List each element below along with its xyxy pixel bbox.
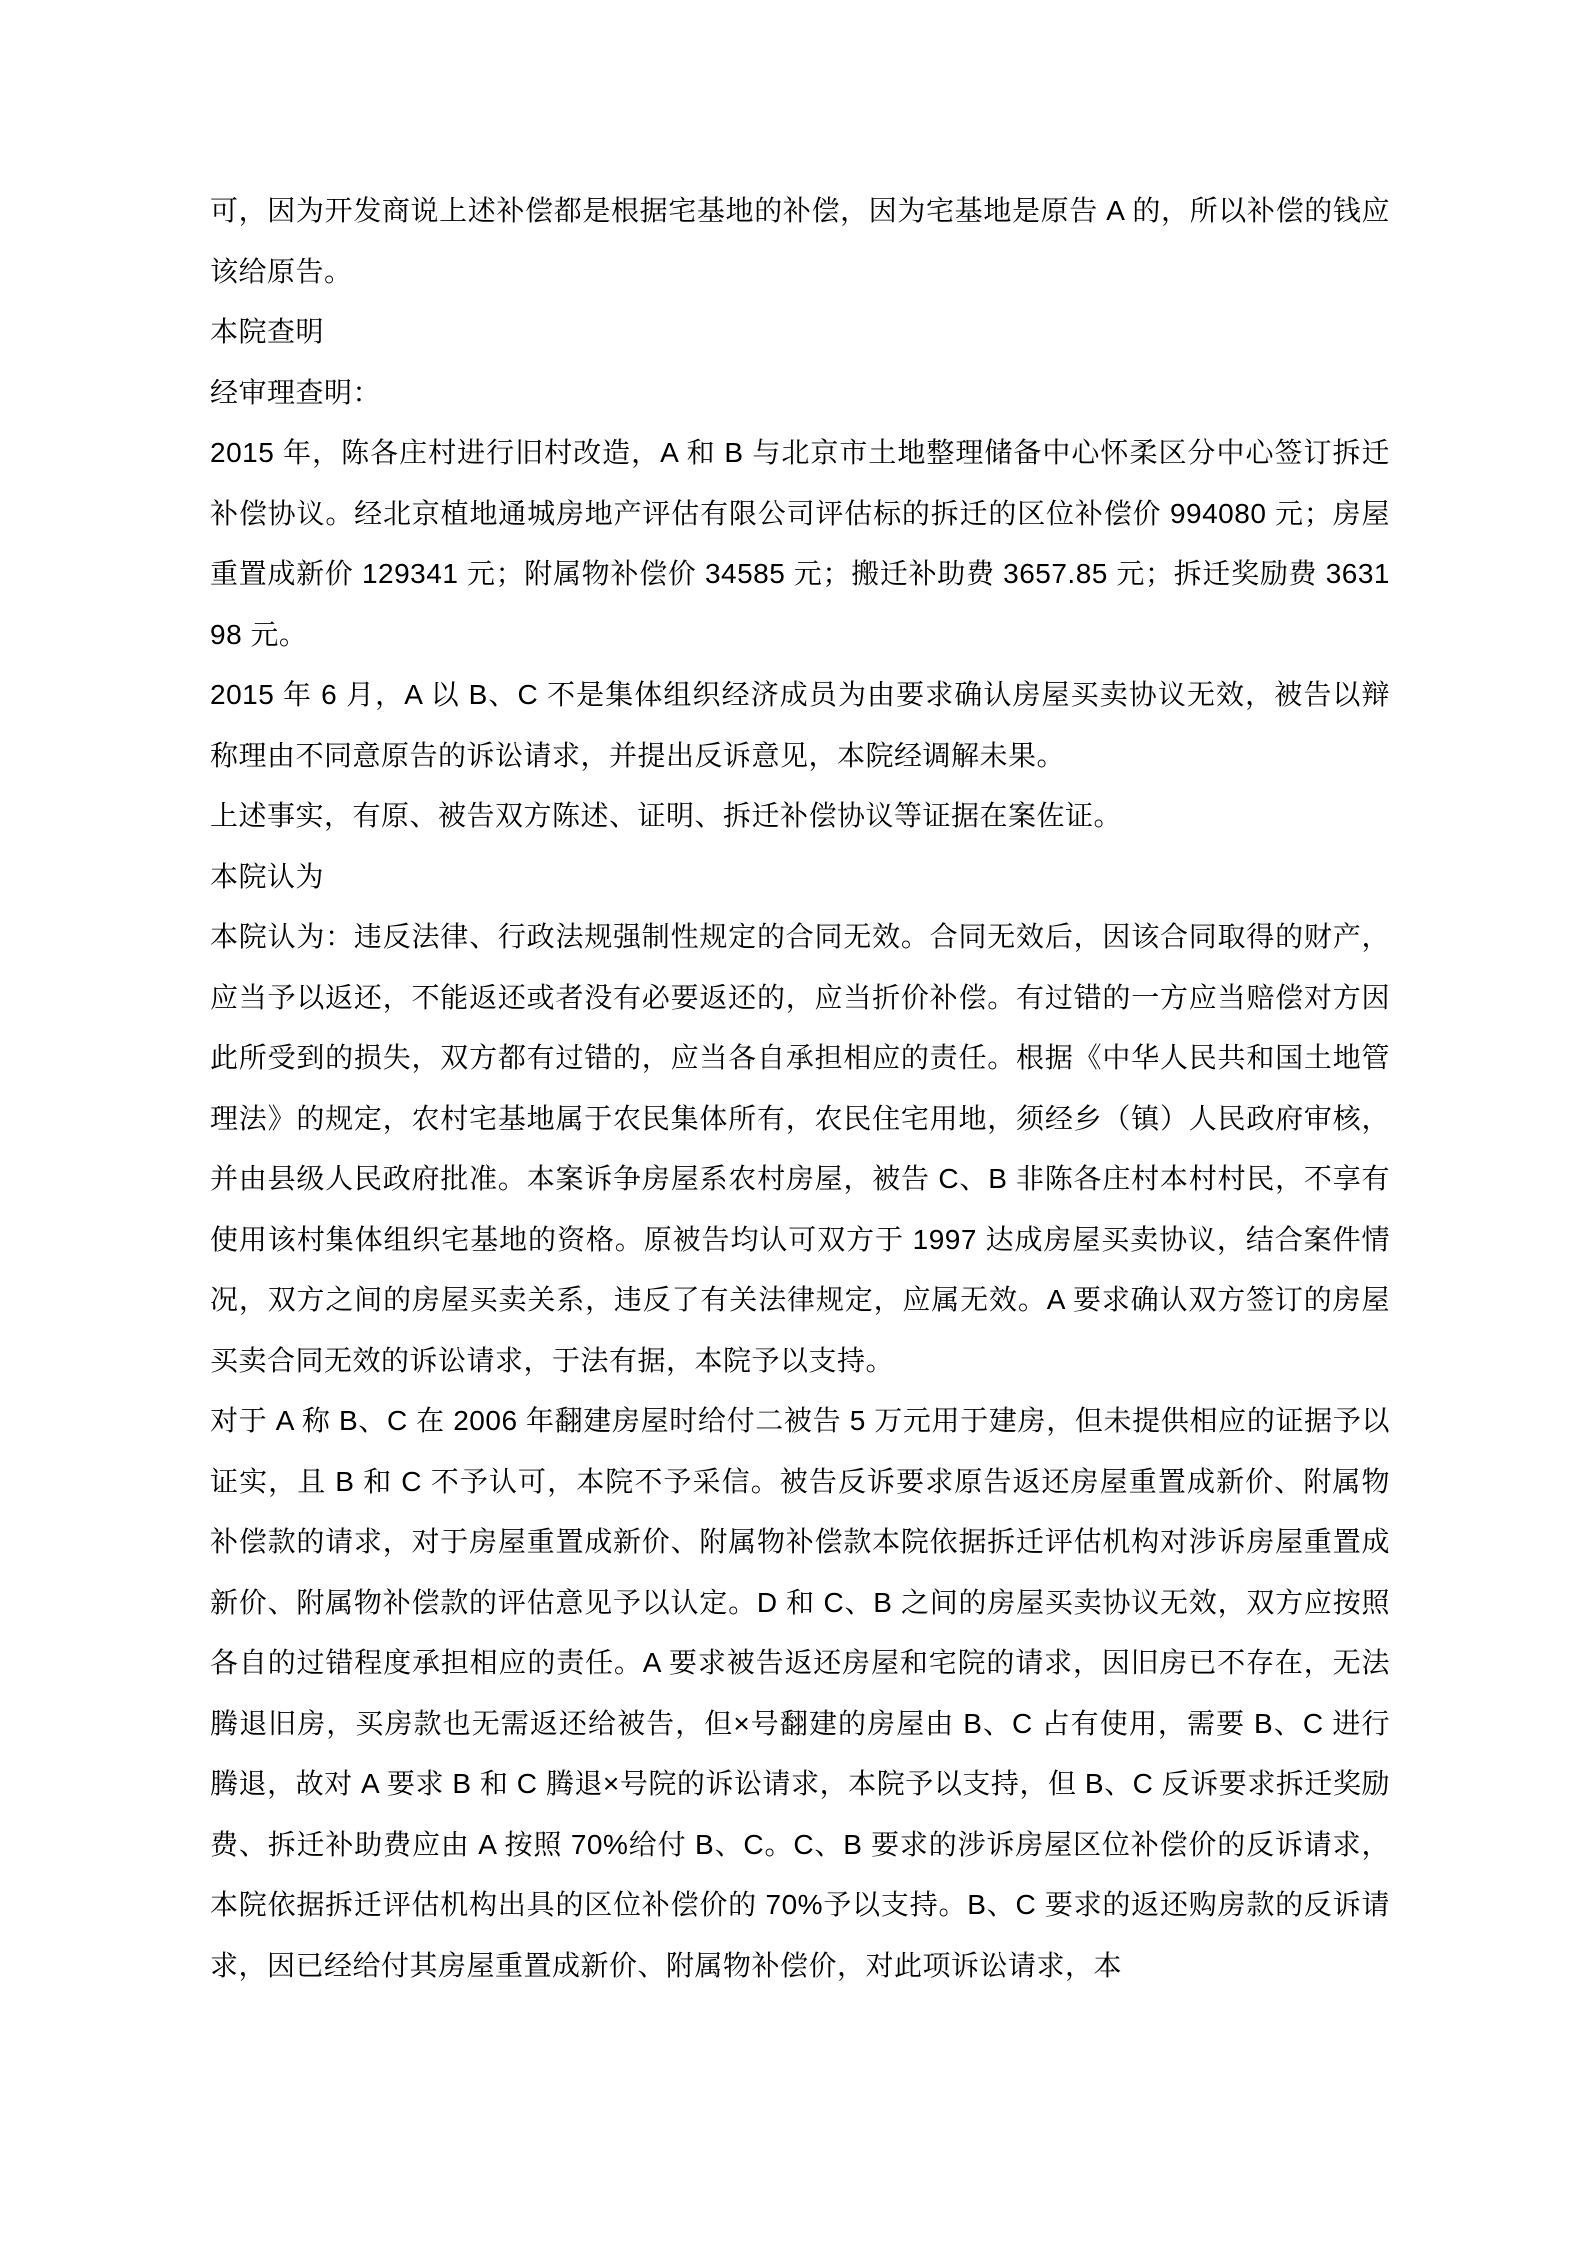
paragraph: 对于 A 称 B、C 在 2006 年翻建房屋时给付二被告 5 万元用于建房，但… <box>210 1391 1390 1996</box>
paragraph: 2015 年 6 月，A 以 B、C 不是集体组织经济成员为由要求确认房屋买卖协… <box>210 665 1390 786</box>
paragraph: 可，因为开发商说上述补偿都是根据宅基地的补偿，因为宅基地是原告 A 的，所以补偿… <box>210 181 1390 302</box>
paragraph: 经审理查明： <box>210 363 1390 424</box>
paragraph: 2015 年，陈各庄村进行旧村改造，A 和 B 与北京市土地整理储备中心怀柔区分… <box>210 423 1390 665</box>
paragraph: 上述事实，有原、被告双方陈述、证明、拆迁补偿协议等证据在案佐证。 <box>210 786 1390 847</box>
section-heading: 本院认为 <box>210 847 1390 908</box>
paragraph: 本院认为：违反法律、行政法规强制性规定的合同无效。合同无效后，因该合同取得的财产… <box>210 907 1390 1391</box>
document-page: 可，因为开发商说上述补偿都是根据宅基地的补偿，因为宅基地是原告 A 的，所以补偿… <box>0 0 1586 2244</box>
section-heading: 本院查明 <box>210 302 1390 363</box>
document-body: 可，因为开发商说上述补偿都是根据宅基地的补偿，因为宅基地是原告 A 的，所以补偿… <box>210 181 1390 1996</box>
